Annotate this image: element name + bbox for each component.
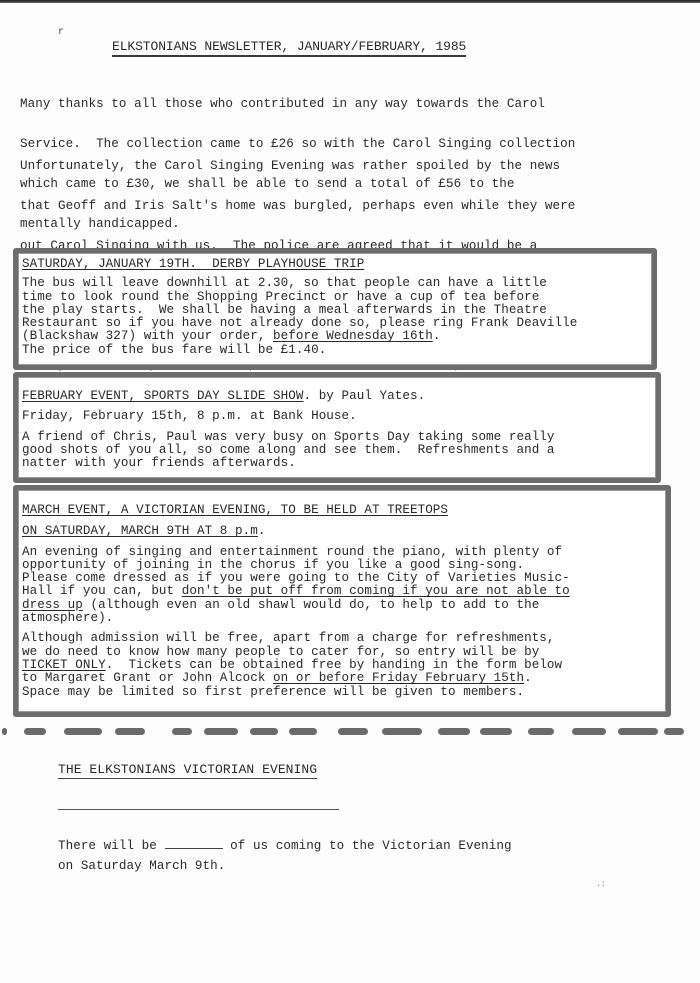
- ink-speck: r: [58, 27, 64, 38]
- text-line: Many thanks to all those who contributed…: [20, 98, 660, 111]
- text-line: Although admission will be free, apart f…: [22, 632, 662, 645]
- text-line: atmosphere).: [22, 612, 662, 625]
- text-segment: . Tickets can be obtained free by handin…: [106, 658, 562, 672]
- text-segment: (although even an old shawl would do, to…: [83, 598, 539, 612]
- text-line: that Geoff and Iris Salt's home was burg…: [20, 200, 660, 213]
- ticket-only-note: TICKET ONLY: [22, 658, 106, 672]
- bus-fare-line: The price of the bus fare will be £1.40.: [22, 344, 648, 357]
- text-line: to Margaret Grant or John Alcock on or b…: [22, 672, 662, 685]
- text-line: we do need to know how many people to ca…: [22, 646, 662, 659]
- march-event-date-line: ON SATURDAY, MARCH 9TH AT 8 p.m.: [22, 525, 662, 538]
- text-segment: There will be: [58, 839, 165, 853]
- february-event-box: FEBRUARY EVENT, SPORTS DAY SLIDE SHOW. b…: [13, 372, 661, 483]
- text-segment: .: [524, 671, 532, 685]
- text-line: Hall if you can, but don't be put off fr…: [22, 585, 662, 598]
- presenter: . by Paul Yates.: [303, 389, 425, 403]
- text-line: natter with your friends afterwards.: [22, 457, 652, 470]
- february-event-when: Friday, February 15th, 8 p.m. at Bank Ho…: [22, 410, 652, 423]
- text-segment: to Margaret Grant or John Alcock: [22, 671, 273, 685]
- event-date-line: on Saturday March 9th.: [58, 859, 225, 873]
- ink-speck: .:: [596, 880, 606, 889]
- text-line: Unfortunately, the Carol Singing Evening…: [20, 160, 660, 173]
- text-line: (Blackshaw 327) with your order, before …: [22, 330, 648, 343]
- january-event-box: SATURDAY, JANUARY 19TH. DERBY PLAYHOUSE …: [13, 248, 657, 370]
- text-line: Restaurant so if you have not already do…: [22, 317, 648, 330]
- dress-up-note-cont: dress up: [22, 598, 83, 612]
- newsletter-title: ELKSTONIANS NEWSLETTER, JANUARY/FEBRUARY…: [112, 40, 466, 57]
- text-line: A friend of Chris, Paul was very busy on…: [22, 431, 652, 444]
- text-segment: .: [433, 329, 441, 343]
- text-line: The bus will leave downhill at 2.30, so …: [22, 277, 648, 290]
- booking-deadline: before Wednesday 16th: [273, 329, 433, 343]
- text-line: opportunity of joining in the chorus if …: [22, 559, 662, 572]
- name-field[interactable]: [58, 809, 339, 810]
- text-line: An evening of singing and entertainment …: [22, 546, 662, 559]
- text-line: dress up (although even an old shawl wou…: [22, 599, 662, 612]
- text-segment: Hall if you can, but: [22, 584, 182, 598]
- march-event-heading: MARCH EVENT, A VICTORIAN EVENING, TO BE …: [22, 504, 448, 517]
- text-segment: .: [258, 524, 266, 538]
- form-title: THE ELKSTONIANS VICTORIAN EVENING: [58, 763, 317, 779]
- dress-up-note: don't be put off from coming if you are …: [182, 584, 570, 598]
- text-line: the play starts. We shall be having a me…: [22, 304, 648, 317]
- text-line: Please come dressed as if you were going…: [22, 572, 662, 585]
- ticket-deadline: on or before Friday February 15th: [273, 671, 524, 685]
- text-line: good shots of you all, so come along and…: [22, 444, 652, 457]
- march-event-date: ON SATURDAY, MARCH 9TH AT 8 p.m: [22, 524, 258, 538]
- text-segment: (Blackshaw 327) with your order,: [22, 329, 273, 343]
- page-top-edge: [0, 0, 700, 3]
- march-event-box: MARCH EVENT, A VICTORIAN EVENING, TO BE …: [13, 485, 671, 717]
- january-event-heading: SATURDAY, JANUARY 19TH. DERBY PLAYHOUSE …: [22, 258, 364, 271]
- text-line: TICKET ONLY. Tickets can be obtained fre…: [22, 659, 662, 672]
- cut-here-dashed-line: [0, 725, 700, 737]
- text-line: time to look round the Shopping Precinct…: [22, 291, 648, 304]
- attendee-count-field[interactable]: [165, 838, 223, 849]
- february-event-heading: FEBRUARY EVENT, SPORTS DAY SLIDE SHOW: [22, 389, 303, 403]
- text-segment: of us coming to the Victorian Evening: [223, 839, 512, 853]
- attendance-line: There will be of us coming to the Victor…: [58, 838, 512, 853]
- text-line: Space may be limited so first preference…: [22, 686, 662, 699]
- february-event-heading-line: FEBRUARY EVENT, SPORTS DAY SLIDE SHOW. b…: [22, 390, 652, 403]
